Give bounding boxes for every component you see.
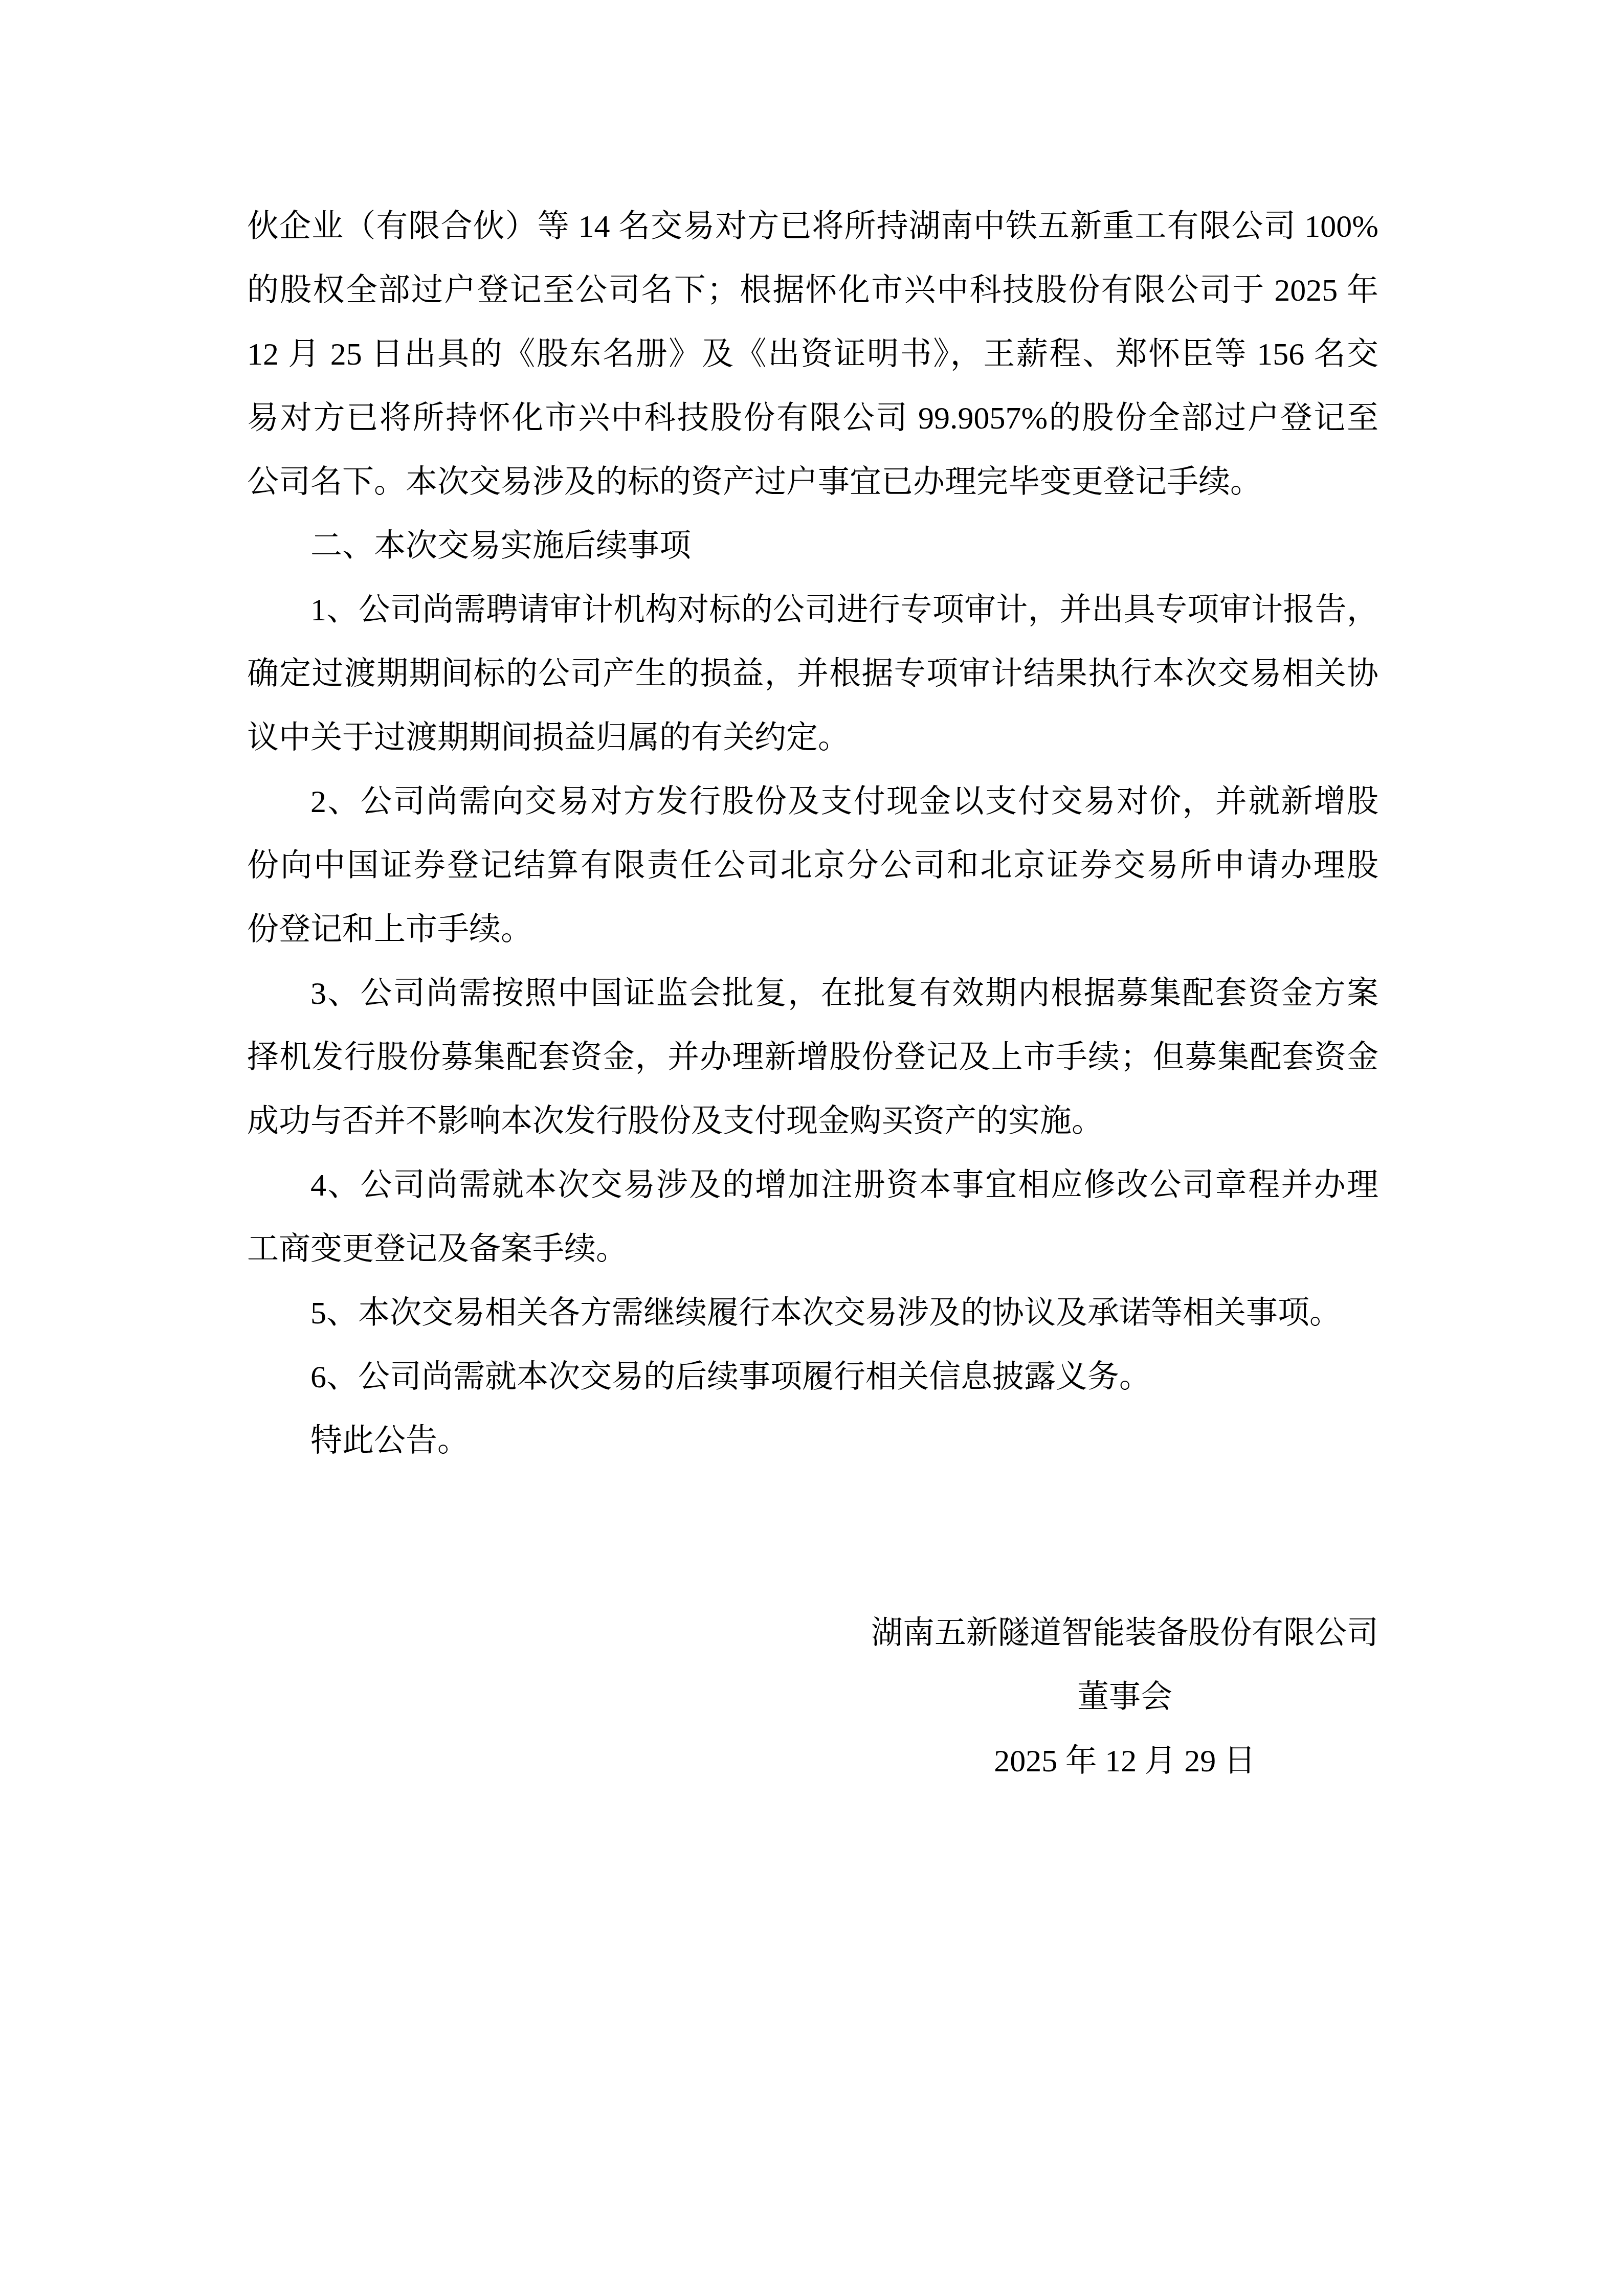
text-line: 1、公司尚需聘请审计机构对标的公司进行专项审计，并出具专项审计报告， xyxy=(247,578,1378,642)
text-line: 易对方已将所持怀化市兴中科技股份有限公司 99.9057%的股份全部过户登记至 xyxy=(247,387,1378,451)
text-line: 二、本次交易实施后续事项 xyxy=(247,514,1378,578)
text-line: 6、公司尚需就本次交易的后续事项履行相关信息披露义务。 xyxy=(247,1345,1378,1409)
board-label: 董事会 xyxy=(871,1665,1378,1729)
text-line: 份登记和上市手续。 xyxy=(247,898,1378,962)
text-line: 5、本次交易相关各方需继续履行本次交易涉及的协议及承诺等相关事项。 xyxy=(247,1281,1378,1345)
text-line: 4、公司尚需就本次交易涉及的增加注册资本事宜相应修改公司章程并办理 xyxy=(247,1154,1378,1218)
date-label: 2025 年 12 月 29 日 xyxy=(871,1729,1378,1793)
text-line: 成功与否并不影响本次发行股份及支付现金购买资产的实施。 xyxy=(247,1090,1378,1154)
text-line: 议中关于过渡期期间损益归属的有关约定。 xyxy=(247,706,1378,770)
document-page: 伙企业（有限合伙）等 14 名交易对方已将所持湖南中铁五新重工有限公司 100%… xyxy=(0,0,1624,2296)
document-body: 伙企业（有限合伙）等 14 名交易对方已将所持湖南中铁五新重工有限公司 100%… xyxy=(247,195,1378,1793)
text-line: 份向中国证券登记结算有限责任公司北京分公司和北京证券交易所申请办理股 xyxy=(247,834,1378,898)
text-line: 择机发行股份募集配套资金，并办理新增股份登记及上市手续；但募集配套资金 xyxy=(247,1026,1378,1090)
text-line: 特此公告。 xyxy=(247,1409,1378,1473)
text-line: 工商变更登记及备案手续。 xyxy=(247,1218,1378,1281)
text-line: 3、公司尚需按照中国证监会批复，在批复有效期内根据募集配套资金方案 xyxy=(247,962,1378,1026)
text-line: 2、公司尚需向交易对方发行股份及支付现金以支付交易对价，并就新增股 xyxy=(247,770,1378,834)
text-line: 确定过渡期期间标的公司产生的损益，并根据专项审计结果执行本次交易相关协 xyxy=(247,642,1378,706)
text-line: 公司名下。本次交易涉及的标的资产过户事宜已办理完毕变更登记手续。 xyxy=(247,451,1378,514)
text-line: 伙企业（有限合伙）等 14 名交易对方已将所持湖南中铁五新重工有限公司 100% xyxy=(247,195,1378,259)
text-line: 12 月 25 日出具的《股东名册》及《出资证明书》，王薪程、郑怀臣等 156 … xyxy=(247,323,1378,387)
body-lines: 伙企业（有限合伙）等 14 名交易对方已将所持湖南中铁五新重工有限公司 100%… xyxy=(247,195,1378,1473)
signature-block: 湖南五新隧道智能装备股份有限公司 董事会 2025 年 12 月 29 日 xyxy=(871,1602,1378,1793)
company-name: 湖南五新隧道智能装备股份有限公司 xyxy=(871,1602,1378,1665)
text-line: 的股权全部过户登记至公司名下；根据怀化市兴中科技股份有限公司于 2025 年 xyxy=(247,259,1378,323)
